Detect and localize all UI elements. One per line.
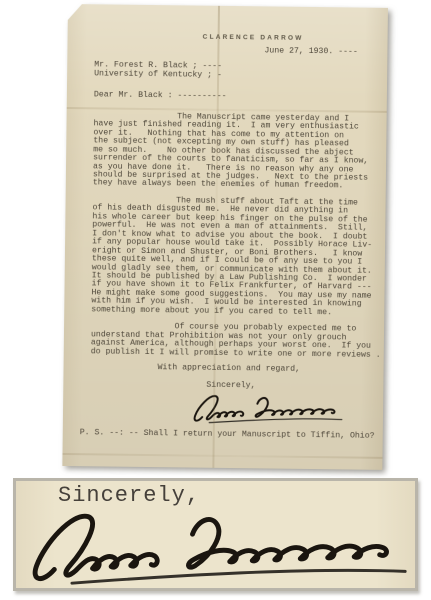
signature-closeup-crop: Sincerely,	[13, 478, 418, 591]
letter-scan: CLARENCE DARROW June 27, 1930. ---- Mr. …	[62, 4, 388, 470]
closing-appreciation: With appreciation and regard,	[158, 364, 380, 375]
letter-date: June 27, 1930. ----	[264, 47, 383, 57]
body-paragraph-2: The mush stuff about Taft at the time of…	[91, 196, 381, 318]
postscript: P. S. --: -- Shall I return your Manuscr…	[80, 429, 379, 441]
paper-fold-crease-horizontal-2	[62, 453, 382, 459]
letterhead-clarence-darrow: CLARENCE DARROW	[123, 33, 384, 43]
scanned-letter-page: CLARENCE DARROW June 27, 1930. ---- Mr. …	[0, 0, 431, 600]
darrow-signature-large	[20, 493, 414, 591]
recipient-address: Mr. Forest R. Black ; ---- University of…	[94, 62, 383, 82]
letter-paper: CLARENCE DARROW June 27, 1930. ---- Mr. …	[62, 4, 388, 470]
body-paragraph-1: The Manuscript came yesterday and I have…	[93, 112, 383, 192]
salutation: Dear Mr. Black : ----------	[94, 92, 383, 104]
darrow-signature-small	[188, 386, 346, 427]
body-paragraph-3: Of course you probably expected me to un…	[91, 323, 380, 360]
